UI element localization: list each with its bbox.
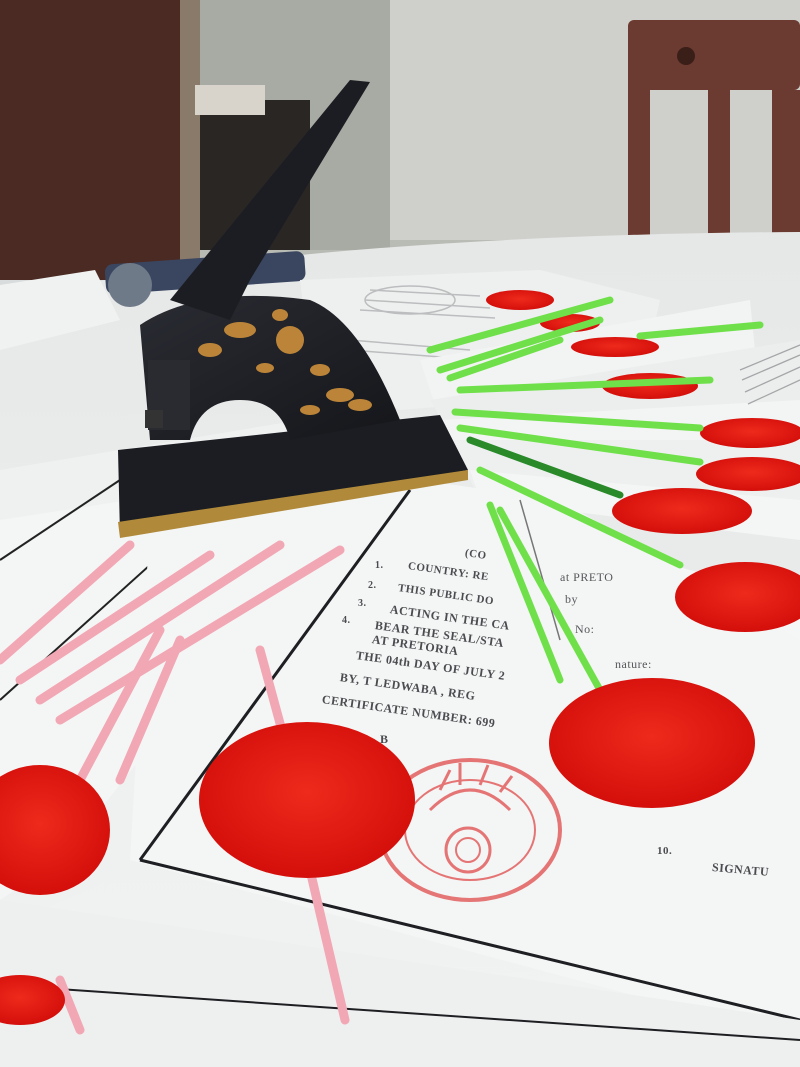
cert-line-3-num: 3. [358, 598, 367, 609]
red-seal-large [549, 678, 755, 808]
cert-line-2-num: 2. [368, 580, 377, 591]
cert-at-label: at PRETO [560, 570, 613, 585]
wooden-door [0, 0, 185, 280]
cert-footer-num: 10. [657, 845, 672, 857]
cert-line-1-num: 1. [375, 560, 384, 571]
scene-illustration [0, 0, 800, 1067]
cert-no-label: No: [575, 622, 595, 637]
cert-by-label: by [565, 592, 578, 607]
photo-scene: (CO 1. COUNTRY: RE 2. THIS PUBLIC DO 3. … [0, 0, 800, 1067]
cert-line-4-num: 4. [342, 615, 351, 626]
cert-line-9: B [380, 732, 389, 747]
cert-signature-label: nature: [615, 657, 652, 672]
